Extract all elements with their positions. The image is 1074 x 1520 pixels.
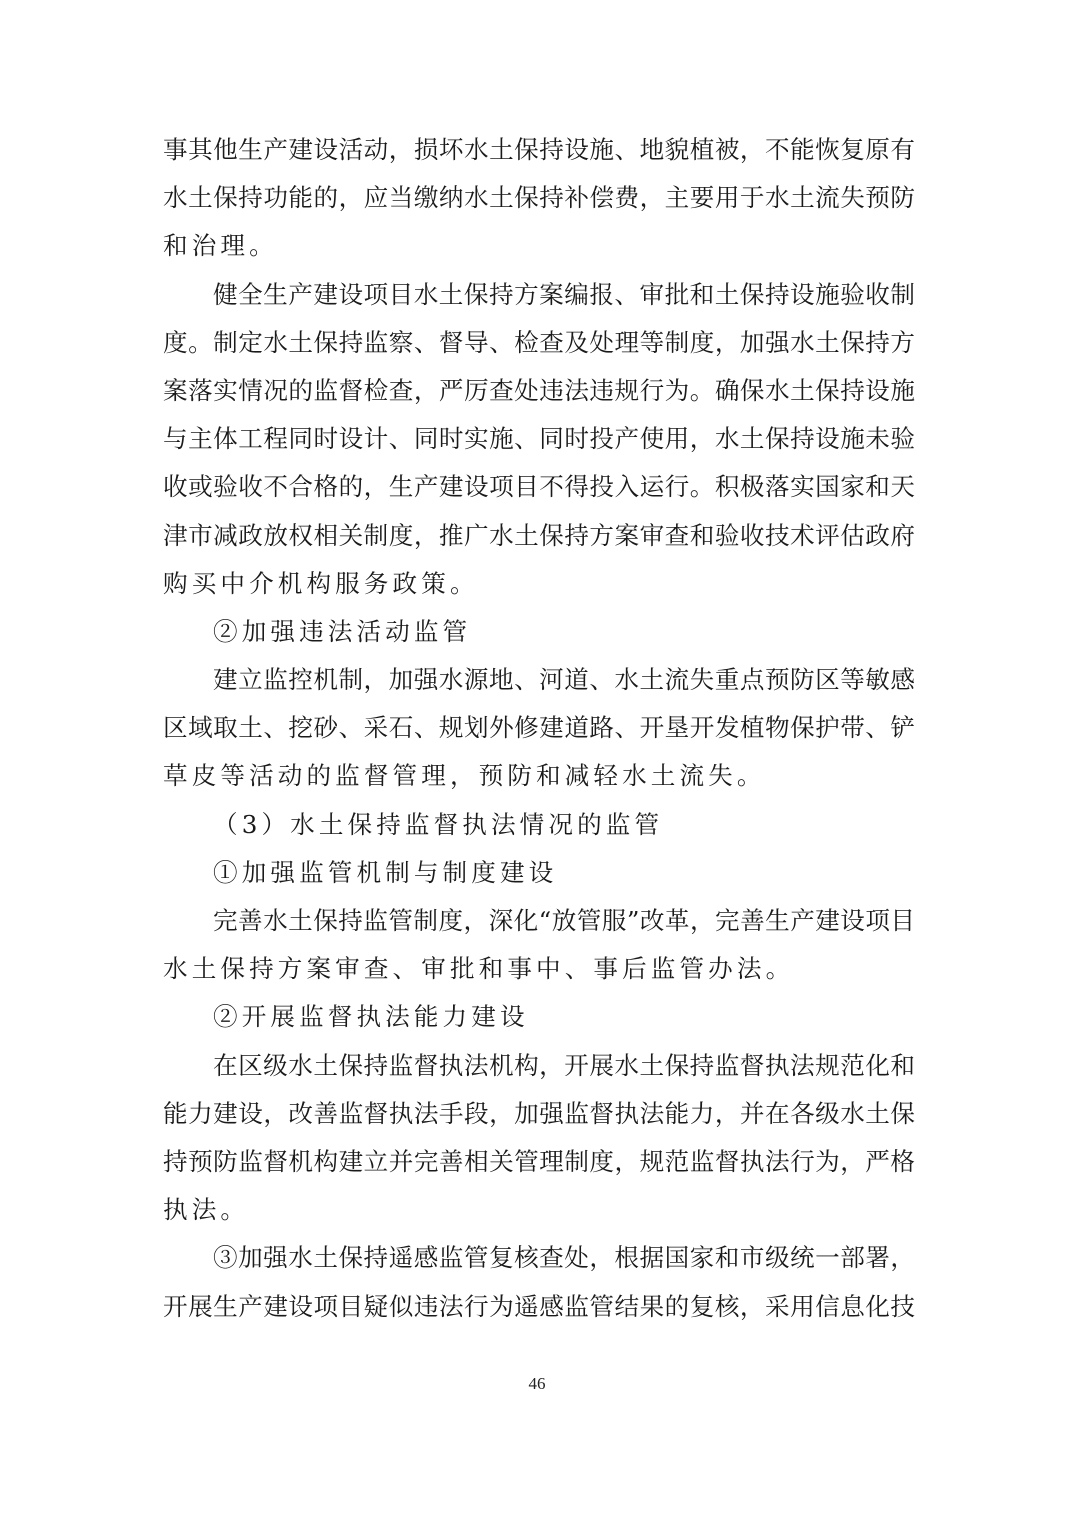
- subheading: ②加强违法活动监管: [163, 608, 915, 656]
- body-line: 度。制定水土保持监察、督导、检查及处理等制度，加强水土保持方: [163, 319, 915, 367]
- body-line: 能力建设，改善监督执法手段，加强监督执法能力，并在各级水土保: [163, 1090, 915, 1138]
- page-number: 46: [0, 1374, 1074, 1394]
- body-line: 执法。: [163, 1186, 915, 1234]
- body-line: 和治理。: [163, 222, 915, 270]
- body-line: 津市减政放权相关制度，推广水土保持方案审查和验收技术评估政府: [163, 512, 915, 560]
- body-line: 持预防监督机构建立并完善相关管理制度，规范监督执法行为，严格: [163, 1138, 915, 1186]
- body-line: 事其他生产建设活动，损坏水土保持设施、地貌植被，不能恢复原有: [163, 126, 915, 174]
- section-heading: （3）水土保持监督执法情况的监管: [163, 801, 915, 849]
- body-line: 收或验收不合格的，生产建设项目不得投入运行。积极落实国家和天: [163, 463, 915, 511]
- body-line: 草皮等活动的监督管理，预防和减轻水土流失。: [163, 752, 915, 800]
- body-line: 在区级水土保持监督执法机构，开展水土保持监督执法规范化和: [163, 1042, 915, 1090]
- body-line: 健全生产建设项目水土保持方案编报、审批和土保持设施验收制: [163, 271, 915, 319]
- body-line: 完善水土保持监管制度，深化“放管服”改革，完善生产建设项目: [163, 897, 915, 945]
- body-line: 开展生产建设项目疑似违法行为遥感监管结果的复核，采用信息化技: [163, 1283, 915, 1331]
- body-line: 水土保持功能的，应当缴纳水土保持补偿费，主要用于水土流失预防: [163, 174, 915, 222]
- body-line: 购买中介机构服务政策。: [163, 560, 915, 608]
- document-page: 事其他生产建设活动，损坏水土保持设施、地貌植被，不能恢复原有 水土保持功能的，应…: [0, 0, 1074, 1520]
- body-line: 水土保持方案审查、审批和事中、事后监管办法。: [163, 945, 915, 993]
- body-line: 区域取土、挖砂、采石、规划外修建道路、开垦开发植物保护带、铲: [163, 704, 915, 752]
- body-line: 建立监控机制，加强水源地、河道、水土流失重点预防区等敏感: [163, 656, 915, 704]
- body-line: 案落实情况的监督检查，严厉查处违法违规行为。确保水土保持设施: [163, 367, 915, 415]
- body-line: 与主体工程同时设计、同时实施、同时投产使用，水土保持设施未验: [163, 415, 915, 463]
- subheading: ②开展监督执法能力建设: [163, 993, 915, 1041]
- body-line: ③加强水土保持遥感监管复核查处，根据国家和市级统一部署，: [163, 1234, 915, 1282]
- page-body: 事其他生产建设活动，损坏水土保持设施、地貌植被，不能恢复原有 水土保持功能的，应…: [163, 126, 915, 1331]
- subheading: ①加强监管机制与制度建设: [163, 849, 915, 897]
